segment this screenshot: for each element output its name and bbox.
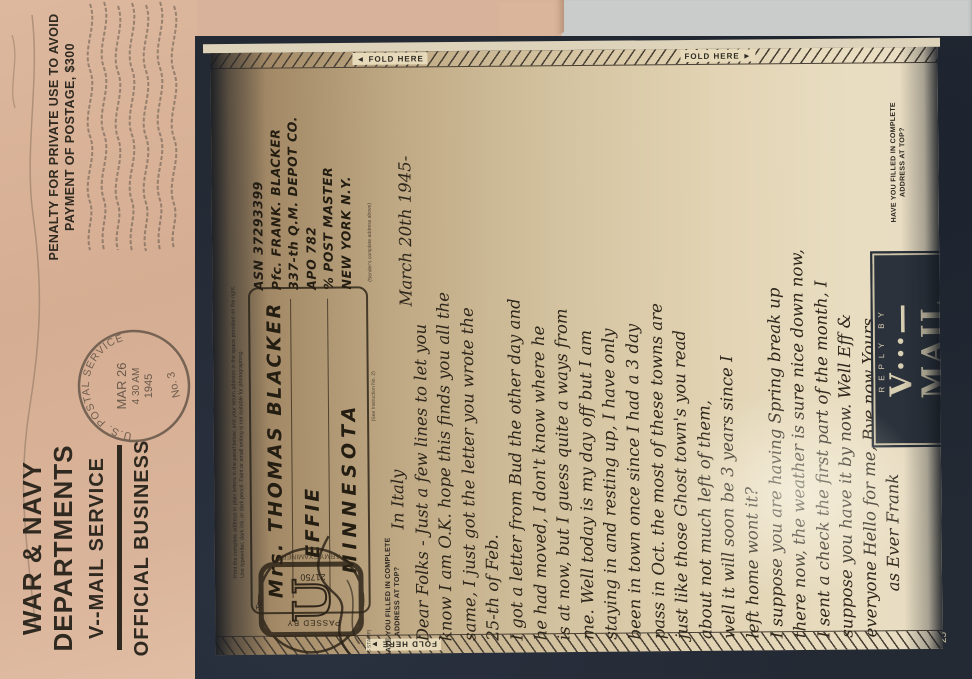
sender-apo: APO 782 [301,75,320,290]
postmark-stamp: U.S. POSTAL SERVICE MAR 26 4 30 AM 1945 … [74,326,194,446]
official-business-line: OFFICIAL BUSINESS [129,417,155,679]
penalty-notice: PENALTY FOR PRIVATE USE TO AVOID PAYMENT… [46,11,80,263]
postmark-number: No. 3 [165,371,183,399]
censor-examiner: ARMY EXAMINER [281,552,340,560]
fold-here-label-1: ◄ FOLD HERE [352,52,427,65]
form-right-shadow [897,47,942,649]
letter-message-body: In Italy Dear Folks - Just a few lines t… [383,67,908,642]
penalty-line-2: PAYMENT OF POSTAGE, $300 [62,11,78,263]
sender-unit: 337-th Q.M. DEPOT CO. [283,75,302,290]
postmark-year: 1945 [143,374,155,398]
dept-line-2: DEPARTMENTS [48,417,79,679]
sender-department-block: WAR & NAVY DEPARTMENTS V--MAIL SERVICE O… [17,417,189,679]
vmail-form: ◄ FOLD HERE FOLD HERE ► FOLD HERE ► Prin… [210,47,942,655]
censor-stamp-caption: (CENSOR'S STAMP) [366,597,375,655]
postmark-date: MAR 26 [114,363,129,410]
vmail-service-line: V--MAIL SERVICE [84,417,110,679]
fold-arrow-left-icon: ◄ [356,55,365,64]
cancellation-wavy-lines [82,0,186,268]
see-instruction-caption: (See Instruction No. 2) [370,301,380,421]
censor-initial: U [282,578,341,622]
sender-postmaster: % POST MASTER [318,75,337,290]
postmark-time: 4 30 AM [131,368,142,405]
address-question-left: HAVE YOU FILLED IN COMPLETE ADDRESS AT T… [384,545,409,655]
sender-city: NEW YORK N.Y. [336,74,355,289]
dept-line-1: WAR & NAVY [17,417,48,679]
fold-arrow-right-icon: ► [743,51,752,60]
divider-rule [117,446,122,651]
fold-here-label-2: FOLD HERE ► [680,49,755,62]
penalty-line-1: PENALTY FOR PRIVATE USE TO AVOID [46,11,62,263]
scanned-vmail-letter-scene: PENALTY FOR PRIVATE USE TO AVOID PAYMENT… [0,0,972,679]
sender-caption: (Sender's complete address above) [366,132,375,282]
form-left-shadow [210,53,275,656]
